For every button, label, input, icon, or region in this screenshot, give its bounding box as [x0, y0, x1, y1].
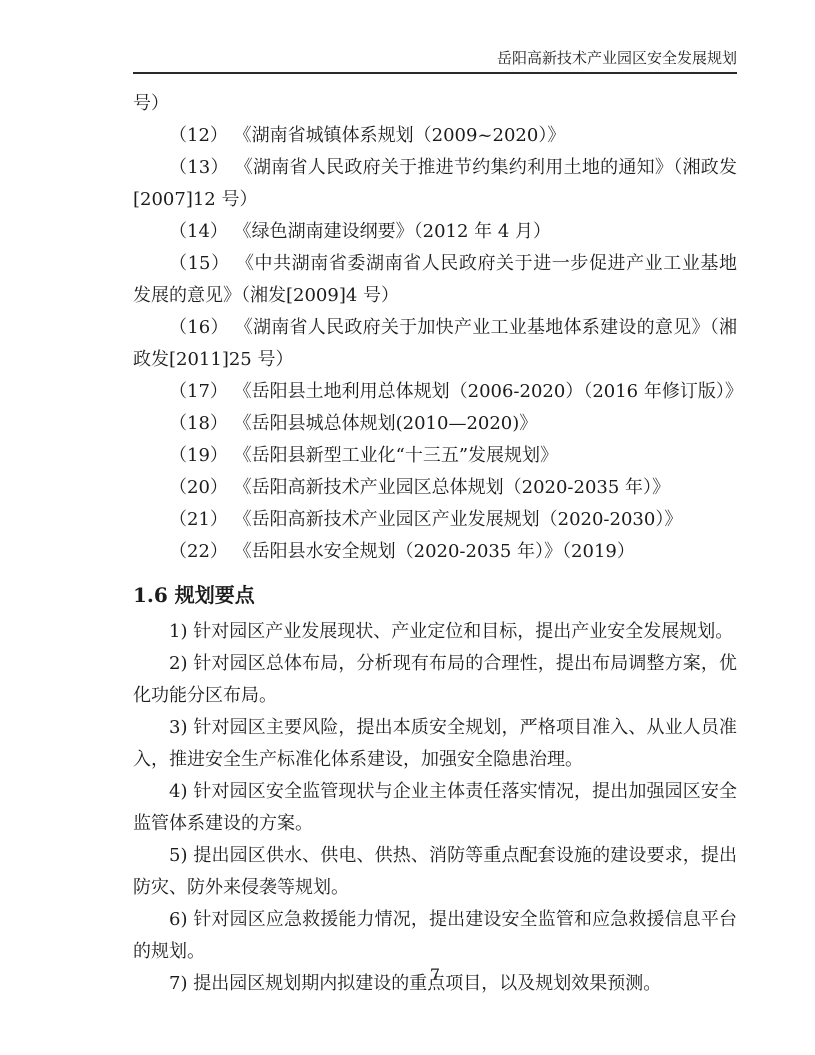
- planning-point-item: 4) 针对园区安全监管现状与企业主体责任落实情况，提出加强园区安全监管体系建设的…: [133, 776, 737, 840]
- page-footer: 7: [133, 964, 737, 986]
- planning-point-item: 6) 针对园区应急救援能力情况，提出建设安全监管和应急救援信息平台的规划。: [133, 904, 737, 968]
- reference-list-item: （13） 《湖南省人民政府关于推进节约集约利用土地的通知》（湘政发[2007]1…: [133, 152, 737, 216]
- continuation-text: 号）: [133, 88, 737, 120]
- page-number: 7: [430, 965, 440, 984]
- reference-list-item: （17） 《岳阳县土地利用总体规划（2006-2020）（2016 年修订版）》: [133, 376, 737, 408]
- reference-list-item: （20） 《岳阳高新技术产业园区总体规划（2020-2035 年）》: [133, 472, 737, 504]
- planning-points-list: 1) 针对园区产业发展现状、产业定位和目标，提出产业安全发展规划。2) 针对园区…: [133, 616, 737, 1000]
- reference-list-item: （15） 《中共湖南省委湖南省人民政府关于进一步促进产业工业基地发展的意见》（湘…: [133, 248, 737, 312]
- page-body: 号） （12） 《湖南省城镇体系规划（2009~2020）》（13） 《湖南省人…: [133, 88, 737, 1000]
- document-page: 岳阳高新技术产业园区安全发展规划 号） （12） 《湖南省城镇体系规划（2009…: [0, 0, 815, 1055]
- planning-point-item: 5) 提出园区供水、供电、供热、消防等重点配套设施的建设要求，提出防灾、防外来侵…: [133, 840, 737, 904]
- planning-point-item: 2) 针对园区总体布局，分析现有布局的合理性，提出布局调整方案，优化功能分区布局…: [133, 648, 737, 712]
- page-header: 岳阳高新技术产业园区安全发展规划: [133, 48, 737, 74]
- planning-point-item: 1) 针对园区产业发展现状、产业定位和目标，提出产业安全发展规划。: [133, 616, 737, 648]
- reference-list-item: （12） 《湖南省城镇体系规划（2009~2020）》: [133, 120, 737, 152]
- reference-list-item: （16） 《湖南省人民政府关于加快产业工业基地体系建设的意见》（湘政发[2011…: [133, 312, 737, 376]
- reference-list-item: （14） 《绿色湖南建设纲要》（2012 年 4 月）: [133, 216, 737, 248]
- planning-point-item: 3) 针对园区主要风险，提出本质安全规划，严格项目准入、从业人员准入，推进安全生…: [133, 712, 737, 776]
- reference-list-item: （18） 《岳阳县城总体规划(2010—2020)》: [133, 408, 737, 440]
- reference-list: （12） 《湖南省城镇体系规划（2009~2020）》（13） 《湖南省人民政府…: [133, 120, 737, 568]
- reference-list-item: （21） 《岳阳高新技术产业园区产业发展规划（2020-2030）》: [133, 504, 737, 536]
- section-heading: 1.6 规划要点: [133, 568, 737, 616]
- header-title: 岳阳高新技术产业园区安全发展规划: [497, 49, 737, 67]
- reference-list-item: （19） 《岳阳县新型工业化“十三五”发展规划》: [133, 440, 737, 472]
- reference-list-item: （22） 《岳阳县水安全规划（2020-2035 年）》（2019）: [133, 536, 737, 568]
